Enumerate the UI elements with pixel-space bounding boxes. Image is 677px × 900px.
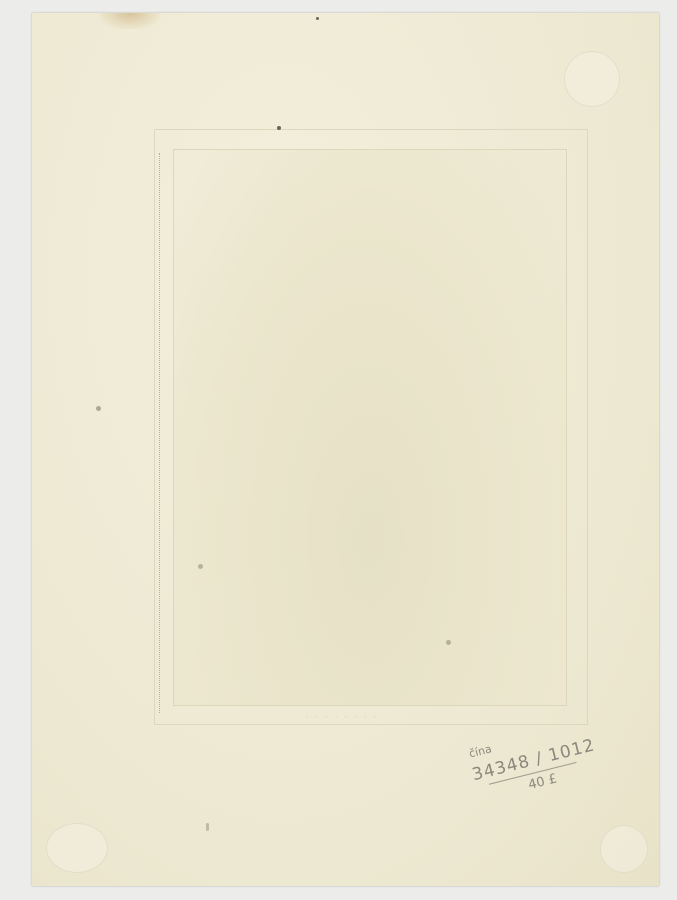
annotation-price: 40 £	[527, 771, 559, 793]
foxing-stain	[100, 13, 160, 29]
speck	[198, 564, 203, 569]
speck	[96, 406, 101, 411]
plate-image-showthrough	[173, 149, 567, 706]
speck	[446, 640, 451, 645]
speck	[206, 823, 209, 831]
corner-mount-mark-br	[600, 825, 648, 873]
annotation-line-1: čína	[468, 742, 493, 760]
corner-mount-mark-tr	[564, 51, 620, 107]
speck	[316, 17, 319, 20]
caption-showthrough: · · · · · · · ·	[207, 713, 477, 723]
speck	[277, 126, 281, 130]
corner-mount-mark-bl	[46, 823, 108, 873]
